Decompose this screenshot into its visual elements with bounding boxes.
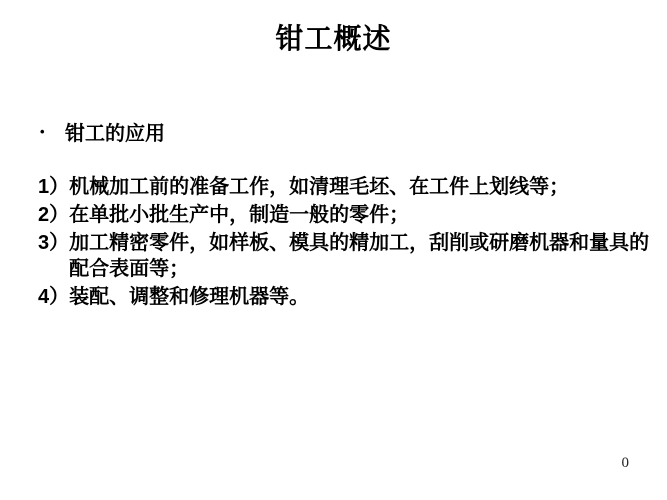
list-item-number: 1）	[38, 174, 69, 200]
numbered-list: 1） 机械加工前的准备工作，如清理毛坯、在工件上划线等； 2） 在单批小批生产中…	[38, 174, 650, 310]
bullet-icon: •	[40, 124, 65, 139]
page-number: 0	[622, 455, 630, 472]
list-item: 2） 在单批小批生产中，制造一般的零件；	[38, 202, 650, 228]
list-item-number: 2）	[38, 202, 69, 228]
list-item-text: 装配、调整和修理机器等。	[69, 284, 650, 310]
list-item-number: 3）	[38, 230, 69, 282]
slide: 钳工概述 • 钳工的应用 1） 机械加工前的准备工作，如清理毛坯、在工件上划线等…	[0, 0, 667, 500]
list-item-text: 在单批小批生产中，制造一般的零件；	[69, 202, 650, 228]
list-item: 1） 机械加工前的准备工作，如清理毛坯、在工件上划线等；	[38, 174, 650, 200]
list-item: 4） 装配、调整和修理机器等。	[38, 284, 650, 310]
list-item-text: 加工精密零件，如样板、模具的精加工，刮削或研磨机器和量具的配合表面等；	[69, 230, 650, 282]
list-item-number: 4）	[38, 284, 69, 310]
list-item: 3） 加工精密零件，如样板、模具的精加工，刮削或研磨机器和量具的配合表面等；	[38, 230, 650, 282]
slide-title: 钳工概述	[0, 0, 667, 55]
bullet-heading: • 钳工的应用	[40, 117, 667, 146]
list-item-text: 机械加工前的准备工作，如清理毛坯、在工件上划线等；	[69, 174, 650, 200]
bullet-heading-text: 钳工的应用	[65, 117, 165, 146]
